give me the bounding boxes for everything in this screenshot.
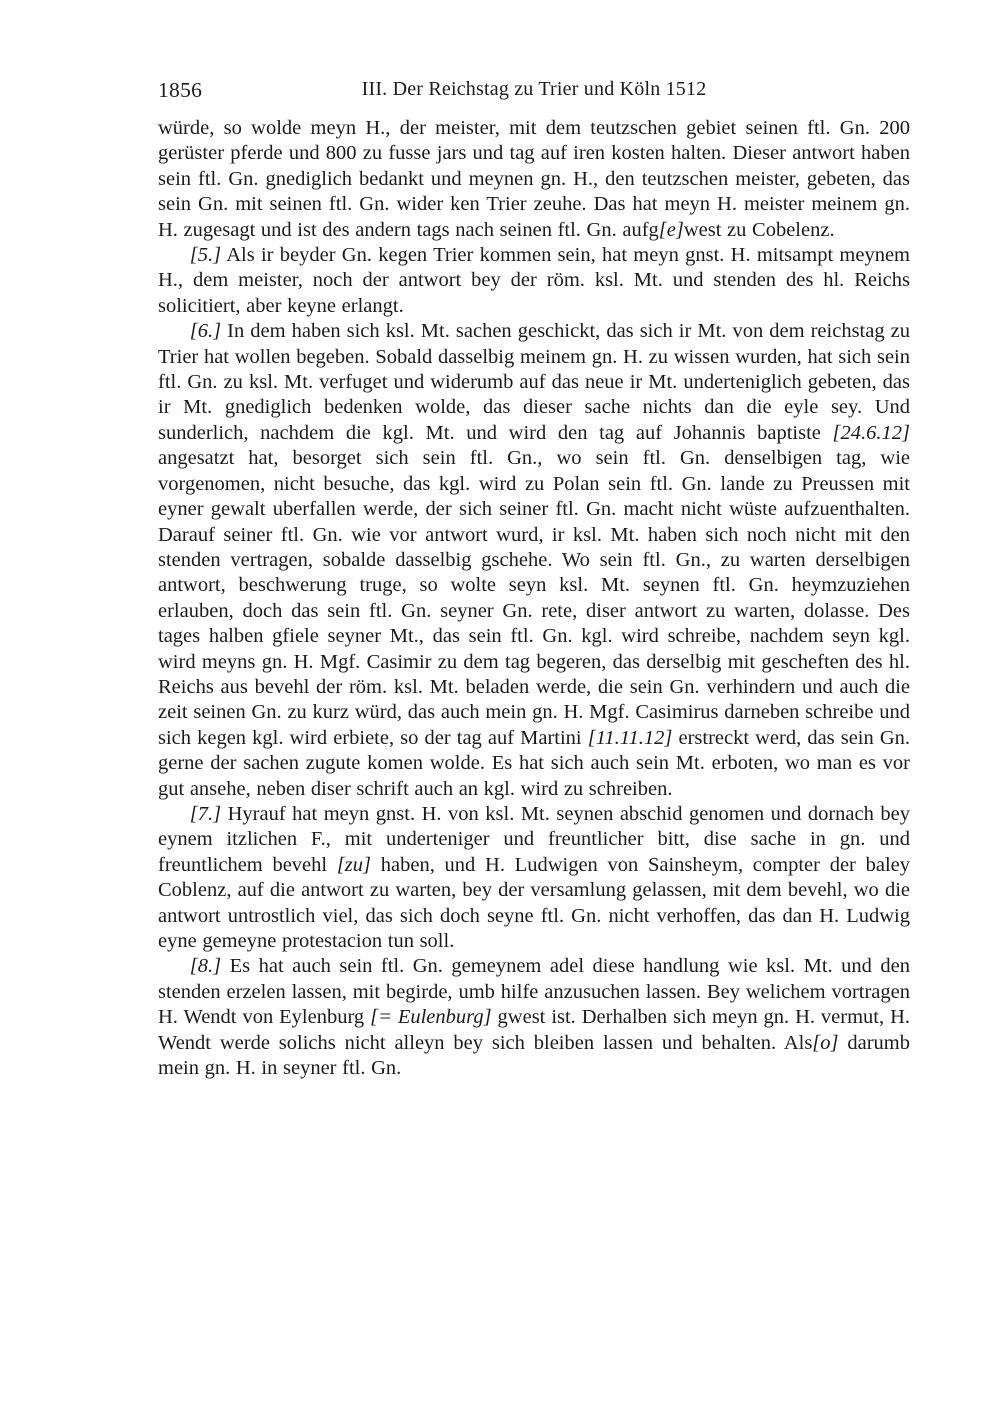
page-header: 1856 III. Der Reichstag zu Trier und Köl… [158,78,910,106]
editorial-insertion: [5.] [190,244,221,266]
page-number: 1856 [158,78,202,103]
editorial-insertion: [6.] [190,320,221,342]
paragraph: [6.] In dem haben sich ksl. Mt. sachen g… [158,319,910,802]
paragraph: [7.] Hyrauf hat meyn gnst. H. von ksl. M… [158,802,910,954]
paragraph: [5.] Als ir beyder Gn. kegen Trier komme… [158,243,910,319]
editorial-insertion: [= Eulenburg] [370,1006,492,1028]
text-block: würde, so wolde meyn H., der meister, mi… [158,116,910,1081]
paragraph: würde, so wolde meyn H., der meister, mi… [158,116,910,243]
editorial-insertion: [o] [812,1032,838,1054]
editorial-insertion: [11.11.12] [588,727,673,749]
body-text-run: angesatzt hat, besorget sich sein ftl. G… [158,447,910,748]
body-text-run: west zu Cobelenz. [684,219,835,241]
body-text-run: In dem haben sich ksl. Mt. sachen geschi… [158,320,910,444]
running-header: III. Der Reichstag zu Trier und Köln 151… [158,78,910,101]
editorial-insertion: [e] [659,219,684,241]
book-page: 1856 III. Der Reichstag zu Trier und Köl… [0,0,1004,1418]
editorial-insertion: [24.6.12] [833,422,910,444]
body-text-run: Als ir beyder Gn. kegen Trier kommen sei… [158,244,910,317]
editorial-insertion: [7.] [190,803,221,825]
paragraph: [8.] Es hat auch sein ftl. Gn. gemeynem … [158,954,910,1081]
editorial-insertion: [8.] [190,955,221,977]
editorial-insertion: [zu] [337,854,371,876]
